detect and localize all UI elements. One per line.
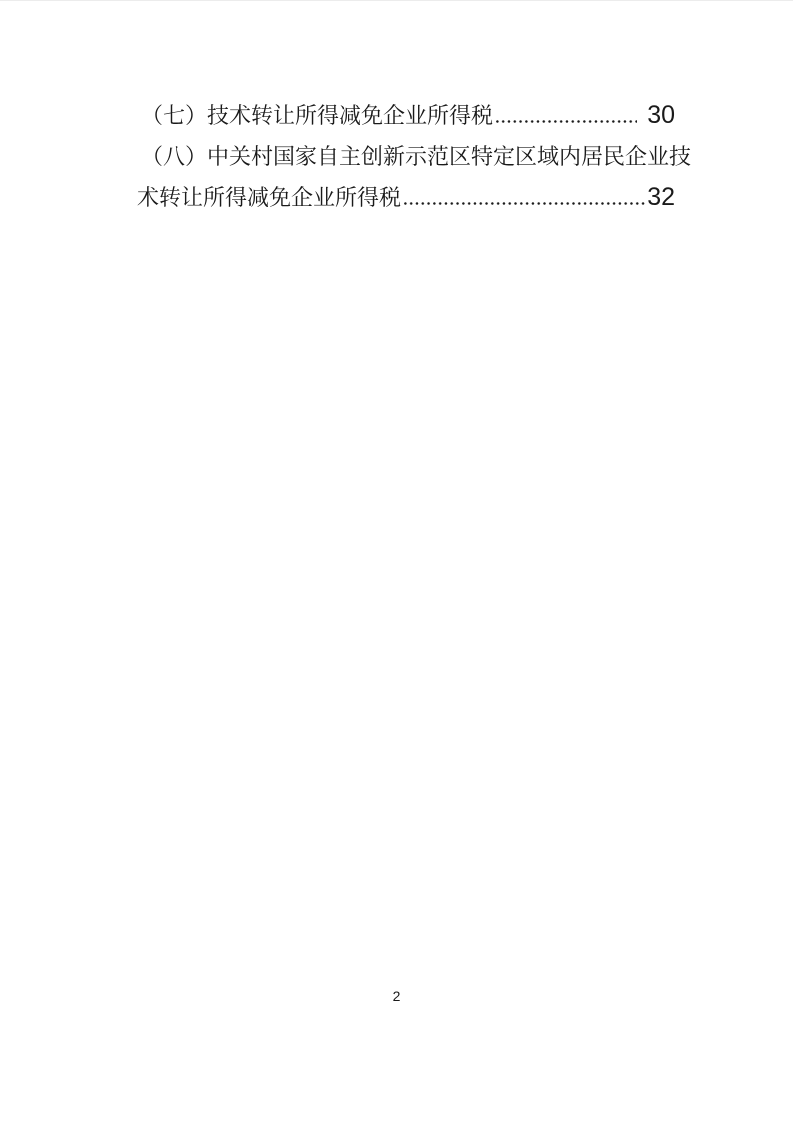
- toc-page-number: 32: [647, 177, 675, 218]
- toc-entry-8-line1[interactable]: （八）中关村国家自主创新示范区特定区域内居民企业技: [141, 136, 675, 177]
- toc-entry-8-line2[interactable]: 术转让所得减免企业所得税 32: [137, 177, 675, 218]
- page-number-footer: 2: [0, 988, 793, 1004]
- page-number: 2: [393, 988, 401, 1004]
- page-top-edge: [0, 0, 793, 1]
- toc-entry-7[interactable]: （七）技术转让所得减免企业所得税 30: [141, 95, 675, 136]
- dot-leader: [401, 177, 647, 218]
- toc-entry-label: 术转让所得减免企业所得税: [137, 177, 401, 218]
- table-of-contents: （七）技术转让所得减免企业所得税 30 （八）中关村国家自主创新示范区特定区域内…: [141, 95, 675, 218]
- toc-page-number: 30: [647, 95, 675, 136]
- dot-leader: [493, 95, 639, 136]
- toc-entry-label: （七）技术转让所得减免企业所得税: [141, 95, 493, 136]
- toc-entry-label: （八）中关村国家自主创新示范区特定区域内居民企业技: [141, 136, 691, 177]
